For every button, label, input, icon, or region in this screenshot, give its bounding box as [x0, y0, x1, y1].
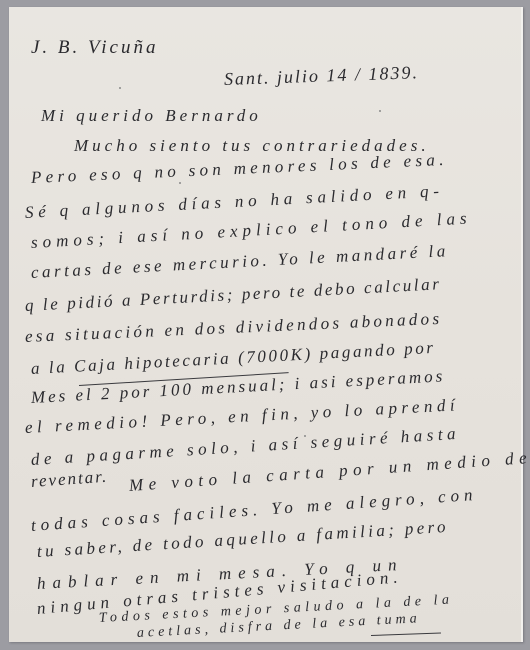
paper-speck: [179, 182, 181, 184]
body-line: q le pidió a Perturdis; pero te debo cal…: [24, 274, 441, 316]
letter-page: J. B. Vicuña Sant. julio 14 / 1839. Mi q…: [9, 7, 523, 642]
salutation: Mi querido Bernardo: [41, 106, 262, 126]
place-date: Sant. julio 14 / 1839.: [224, 62, 420, 90]
paper-speck: [119, 87, 121, 89]
paper-speck: [379, 110, 381, 112]
body-line: reventar.: [30, 467, 109, 492]
signature-underline: [371, 633, 441, 636]
addressee: J. B. Vicuña: [31, 37, 158, 59]
paper-speck: [304, 435, 306, 437]
